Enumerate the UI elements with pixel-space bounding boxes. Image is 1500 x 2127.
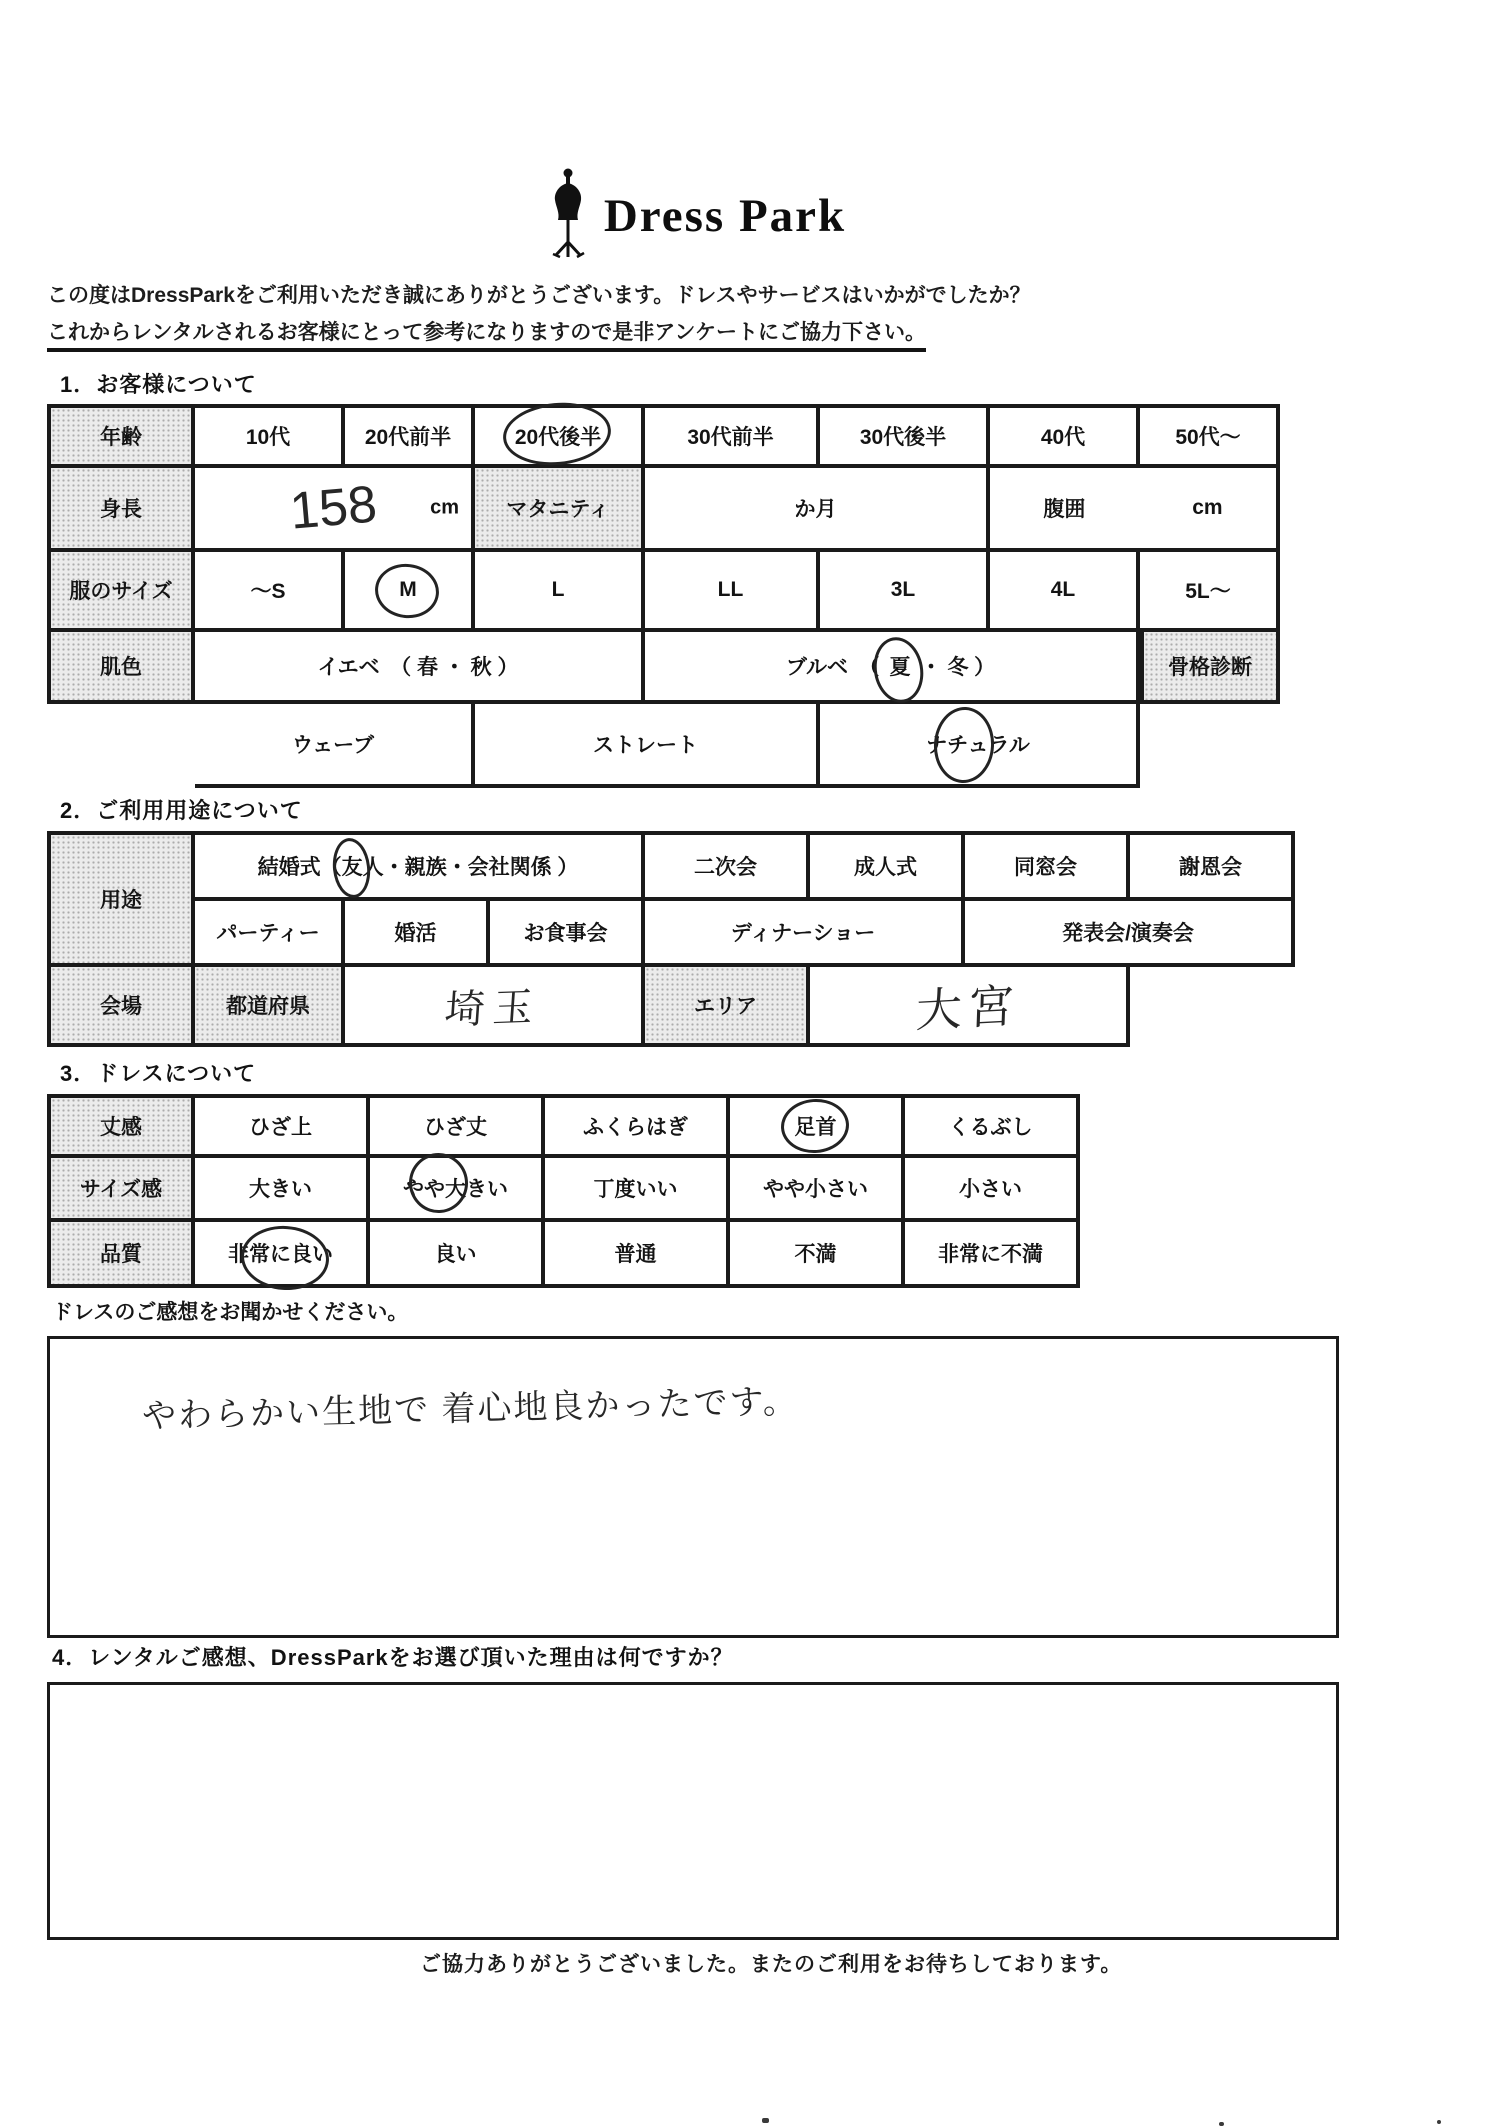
option-cell: 良い [370, 1222, 545, 1288]
area-value-cell: 大宮 [810, 967, 1130, 1047]
option-cell: 二次会 [645, 831, 810, 901]
option-cell: 20代後半 [475, 404, 645, 468]
option-cell: 非常に不満 [905, 1222, 1080, 1288]
usage-table: 用途 結婚式（ 友 人・親族・会社関係 ） 二次会 成人式 同窓会 謝恩会 パー… [47, 831, 1295, 1047]
intro-text: この度はDressParkをご利用いただき誠にありがとうございます。ドレスやサー… [47, 278, 1387, 352]
row-label-height: 身長 [47, 468, 195, 552]
option-cell: ウェーブ [195, 704, 475, 788]
wedding-prefix: 結婚式（ [258, 851, 342, 881]
option-cell: ひざ丈 [370, 1094, 545, 1158]
dress-comment-heading: ドレスのご感想をお聞かせください。 [52, 1296, 408, 1326]
row-label-fit: サイズ感 [47, 1158, 195, 1222]
selected-fit-option: やや大きい [403, 1173, 508, 1203]
skin-blue-suffix: ・ 冬 ） [921, 651, 996, 681]
option-cell: 10代 [195, 404, 345, 468]
skin-yellow-cell: イエベ （ 春 ・ 秋 ） [195, 632, 645, 704]
months-cell: か月 [645, 468, 990, 552]
selected-age-option: 20代後半 [515, 421, 601, 451]
option-cell: くるぶし [905, 1094, 1080, 1158]
waist-unit: cm [1192, 496, 1222, 520]
dress-form-icon [544, 166, 592, 266]
option-cell: お食事会 [490, 901, 645, 967]
selected-quality-option: 非常に良い [228, 1238, 333, 1268]
row-label-length: 丈感 [47, 1094, 195, 1158]
handwritten-dress-comment: やわらかい生地で 着心地良かったです。 [142, 1374, 800, 1438]
section2-heading: 2．ご利用用途について [60, 794, 303, 825]
brand-logo: Dress Park [0, 166, 1445, 266]
handwritten-area: 大宮 [915, 969, 1021, 1041]
height-value-cell: 158 cm [195, 468, 475, 552]
height-unit: cm [430, 497, 459, 520]
selected-wedding-option: 友 [342, 851, 363, 881]
option-cell: 4L [990, 552, 1140, 632]
handwritten-prefecture: 埼玉 [443, 975, 543, 1036]
option-cell: LL [645, 552, 820, 632]
option-cell: L [475, 552, 645, 632]
row-label-skin: 肌色 [47, 632, 195, 704]
option-cell: 普通 [545, 1222, 730, 1288]
option-cell: 5L～ [1140, 552, 1280, 632]
option-cell: 3L [820, 552, 990, 632]
option-cell: 30代後半 [820, 404, 990, 468]
scan-noise [1437, 2120, 1441, 2124]
dress-comment-box: やわらかい生地で 着心地良かったです。 [47, 1336, 1339, 1638]
footer-thanks: ご協力ありがとうございました。またのご利用をお待ちしております。 [420, 1948, 1420, 1978]
option-cell: M [345, 552, 475, 632]
option-cell: 足首 [730, 1094, 905, 1158]
selected-length-option: 足首 [795, 1111, 837, 1141]
option-cell: 非常に良い [195, 1222, 370, 1288]
area-label-cell: エリア [645, 967, 810, 1047]
option-cell: やや大きい [370, 1158, 545, 1222]
waist-cell: 腹囲 cm [990, 468, 1280, 552]
scan-noise [1219, 2122, 1224, 2126]
option-cell: 30代前半 [645, 404, 820, 468]
intro-line1: この度はDressParkをご利用いただき誠にありがとうございます。ドレスやサー… [47, 278, 1387, 315]
option-cell: ひざ上 [195, 1094, 370, 1158]
row-label-quality: 品質 [47, 1222, 195, 1288]
option-cell: ふくらはぎ [545, 1094, 730, 1158]
wedding-suffix: 人・親族・会社関係 ） [363, 851, 579, 881]
rental-comment-box [47, 1682, 1339, 1940]
option-cell: 不満 [730, 1222, 905, 1288]
option-cell: パーティー [195, 901, 345, 967]
intro-line2: これからレンタルされるお客様にとって参考になりますので是非アンケートにご協力下さ… [47, 319, 926, 352]
option-cell: ストレート [475, 704, 820, 788]
section3-heading: 3．ドレスについて [60, 1057, 256, 1088]
section4-heading: 4．レンタルご感想、DressParkをお選び頂いた理由は何ですか？ [52, 1641, 734, 1672]
questionnaire-sheet: Dress Park この度はDressParkをご利用いただき誠にありがとうご… [0, 0, 1500, 2127]
scan-noise [762, 2118, 769, 2123]
dress-table: 丈感 ひざ上 ひざ丈 ふくらはぎ 足首 くるぶし サイズ感 大きい やや大きい … [47, 1094, 1080, 1288]
row-label-age: 年齢 [47, 404, 195, 468]
row-label-venue: 会場 [47, 967, 195, 1047]
selected-size-option: M [399, 578, 417, 602]
option-cell: 婚活 [345, 901, 490, 967]
option-cell: 小さい [905, 1158, 1080, 1222]
row-label-size: 服のサイズ [47, 552, 195, 632]
selected-skin-option: 夏 [890, 651, 911, 681]
option-cell: ～S [195, 552, 345, 632]
option-cell: ディナーショー [645, 901, 965, 967]
brand-name: Dress Park [604, 189, 846, 243]
customer-table: 年齢 10代 20代前半 20代後半 30代前半 30代後半 40代 50代～ … [47, 404, 1280, 788]
option-cell: ナチュラル [820, 704, 1140, 788]
section1-heading: 1．お客様について [60, 368, 257, 399]
waist-label: 腹囲 [1043, 493, 1085, 523]
option-cell: 丁度いい [545, 1158, 730, 1222]
skin-blue-cell: ブルベ （ 夏 ・ 冬 ） [645, 632, 1140, 704]
option-cell: 50代～ [1140, 404, 1280, 468]
option-cell: 謝恩会 [1130, 831, 1295, 901]
selected-frame-option: ナチュラル [926, 729, 1030, 759]
option-cell: 同窓会 [965, 831, 1130, 901]
option-cell: やや小さい [730, 1158, 905, 1222]
row-label-purpose: 用途 [47, 831, 195, 967]
handwritten-height: 158 [287, 474, 379, 541]
skin-blue-prefix: ブルベ （ [786, 651, 880, 681]
maternity-cell: マタニティ [475, 468, 645, 552]
prefecture-label-cell: 都道府県 [195, 967, 345, 1047]
option-cell: 大きい [195, 1158, 370, 1222]
option-cell: 成人式 [810, 831, 965, 901]
prefecture-value-cell: 埼玉 [345, 967, 645, 1047]
wedding-cell: 結婚式（ 友 人・親族・会社関係 ） [195, 831, 645, 901]
option-cell: 発表会/演奏会 [965, 901, 1295, 967]
option-cell: 40代 [990, 404, 1140, 468]
option-cell: 20代前半 [345, 404, 475, 468]
row-label-frame: 骨格診断 [1140, 632, 1280, 704]
